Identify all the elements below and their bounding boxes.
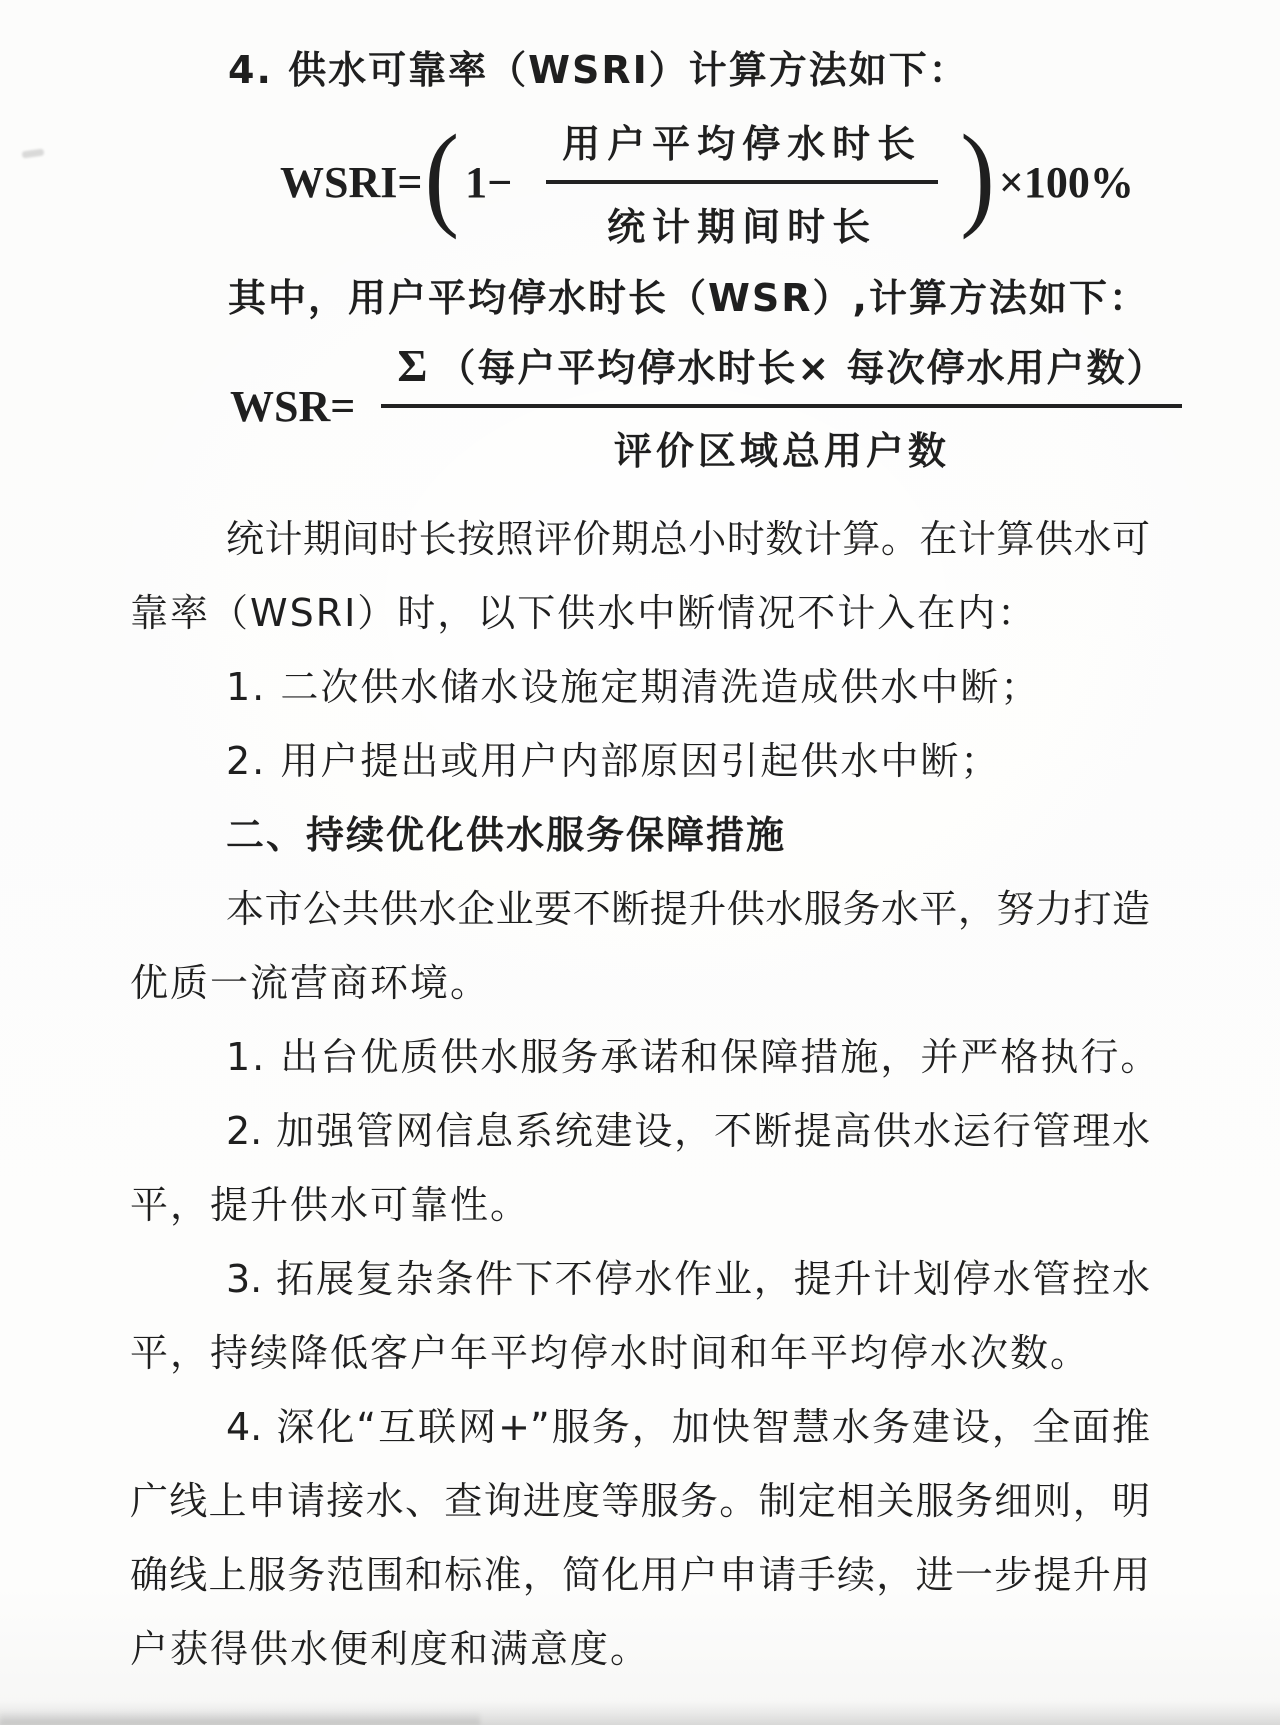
wsr-fraction-numerator: Σ （每户平均停水时长× 每次停水用户数） (381, 337, 1182, 408)
body-line: 3. 拓展复杂条件下不停水作业，提升计划停水管控水 (130, 1242, 1150, 1316)
wsr-intro-line: 其中，用户平均停水时长（WSR）,计算方法如下： (130, 274, 1150, 322)
close-paren: ) (960, 127, 995, 237)
sigma-symbol: Σ (397, 339, 429, 392)
times-100-percent: ×100% (999, 157, 1134, 208)
wsri-fraction: 用户平均停水时长 统计期间时长 (546, 113, 938, 251)
body-text-block: 统计期间时长按照评价期总小时数计算。在计算供水可 靠率（WSRI）时，以下供水中… (130, 502, 1150, 1686)
body-line: 1. 出台优质供水服务承诺和保障措施，并严格执行。 (130, 1020, 1150, 1094)
body-line: 确线上服务范围和标准，简化用户申请手续，进一步提升用 (130, 1538, 1150, 1612)
body-line: 靠率（WSRI）时，以下供水中断情况不计入在内： (130, 576, 1150, 650)
section2-heading: 二、持续优化供水服务保障措施 (130, 798, 1150, 872)
wsri-fraction-numerator: 用户平均停水时长 (546, 113, 938, 184)
body-line: 平，提升供水可靠性。 (130, 1168, 1150, 1242)
wsr-fraction: Σ （每户平均停水时长× 每次停水用户数） 评价区域总用户数 (381, 337, 1182, 475)
document-page: 4. 供水可靠率（WSRI）计算方法如下： WSRI= ( 1− 用户平均停水时… (0, 0, 1280, 1725)
body-line: 2. 用户提出或用户内部原因引起供水中断； (130, 724, 1150, 798)
wsr-numerator-text: （每户平均停水时长× 每次停水用户数） (437, 337, 1166, 392)
wsri-fraction-denominator: 统计期间时长 (607, 184, 877, 251)
body-line: 平，持续降低客户年平均停水时间和年平均停水次数。 (130, 1316, 1150, 1390)
body-line: 1. 二次供水储水设施定期清洗造成供水中断； (130, 650, 1150, 724)
open-paren: ( (424, 127, 459, 237)
body-line: 4. 深化“互联网+”服务，加快智慧水务建设，全面推 (130, 1390, 1150, 1464)
body-line: 统计期间时长按照评价期总小时数计算。在计算供水可 (130, 502, 1150, 576)
wsr-formula: WSR= Σ （每户平均停水时长× 每次停水用户数） 评价区域总用户数 (230, 338, 1150, 474)
body-line: 户获得供水便利度和满意度。 (130, 1612, 1150, 1686)
body-line: 2. 加强管网信息系统建设，不断提高供水运行管理水 (130, 1094, 1150, 1168)
item4-heading: 4. 供水可靠率（WSRI）计算方法如下： (130, 46, 1150, 94)
body-line: 广线上申请接水、查询进度等服务。制定相关服务细则，明 (130, 1464, 1150, 1538)
page-bottom-shadow-left (0, 1711, 480, 1725)
wsri-formula: WSRI= ( 1− 用户平均停水时长 统计期间时长 ) ×100% (280, 116, 1150, 248)
one-minus-term: 1− (465, 157, 512, 208)
body-line: 优质一流营商环境。 (130, 946, 1150, 1020)
document-content: 4. 供水可靠率（WSRI）计算方法如下： WSRI= ( 1− 用户平均停水时… (130, 46, 1150, 1686)
scan-smudge (22, 149, 45, 159)
wsr-fraction-denominator: 评价区域总用户数 (614, 408, 950, 475)
body-line: 本市公共供水企业要不断提升供水服务水平，努力打造 (130, 872, 1150, 946)
wsri-formula-lhs: WSRI= (280, 157, 422, 208)
wsr-formula-lhs: WSR= (230, 381, 355, 432)
